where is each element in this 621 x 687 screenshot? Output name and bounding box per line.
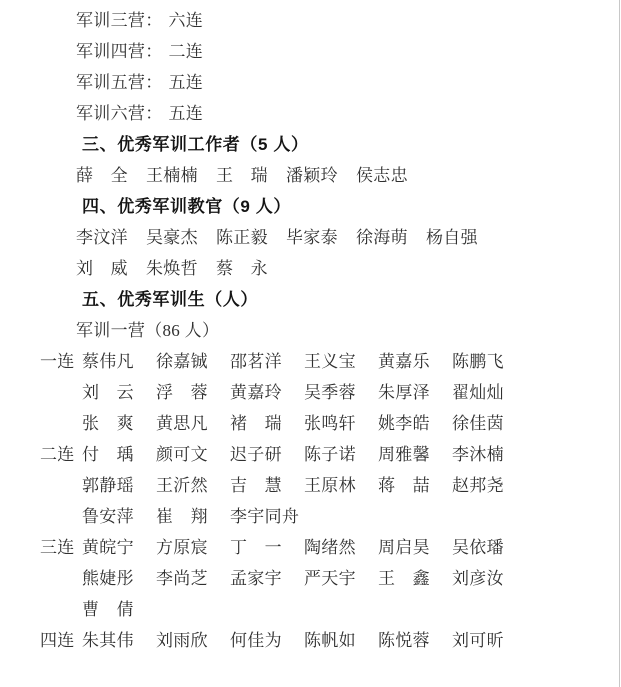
person-name: 浮 蓉 [156,378,230,403]
person-name: 张 爽 [82,409,156,434]
person-name: 蔡 永 [216,254,268,279]
battalion-result-line: 军训三营：六连 [0,3,621,34]
person-name: 吴季蓉 [304,378,378,403]
person-name: 朱厚泽 [378,378,452,403]
person-name: 黄嘉玲 [230,378,304,403]
battalion-company: 五连 [169,68,204,93]
battalion-label: 军训三营： [76,6,163,31]
company-label: 三连 [40,533,82,558]
person-name: 陈鹏飞 [452,347,504,372]
workers-names-row: 薛 全王楠楠王 瑞潘颖玲侯志忠 [0,158,621,189]
roster-row: 三连 黄皖宁方原宸丁 一陶绪然周启昊吴依璠 [0,530,621,561]
person-name: 鲁安萍 [82,502,156,527]
person-name: 迟子研 [230,440,304,465]
person-name: 毕家泰 [286,223,356,248]
battalion-label: 军训五营： [76,68,163,93]
person-name: 陈正毅 [216,223,286,248]
person-name: 徐佳茵 [452,409,504,434]
person-name: 侯志忠 [356,161,408,186]
names-group: 蔡伟凡徐嘉铖邵茗洋王义宝黄嘉乐陈鹏飞 [82,347,504,372]
roster-row: 鲁安萍崔 翔李宇同舟 [0,499,621,530]
person-name: 潘颖玲 [286,161,356,186]
person-name: 王 瑞 [216,161,286,186]
person-name: 陈子诺 [304,440,378,465]
person-name: 王沂然 [156,471,230,496]
person-name: 黄嘉乐 [378,347,452,372]
person-name: 徐嘉铖 [156,347,230,372]
names-group: 曹 倩 [82,595,134,620]
person-name: 陶绪然 [304,533,378,558]
person-name: 周启昊 [378,533,452,558]
person-name: 蒋 喆 [378,471,452,496]
person-name: 姚李皓 [378,409,452,434]
names-group: 鲁安萍崔 翔李宇同舟 [82,502,299,527]
person-name: 翟灿灿 [452,378,504,403]
person-name: 吉 慧 [230,471,304,496]
roster-row: 刘 云浮 蓉黄嘉玲吴季蓉朱厚泽翟灿灿 [0,375,621,406]
person-name: 熊婕彤 [82,564,156,589]
roster-row: 张 爽黄思凡褚 瑞张鸣轩姚李皓徐佳茵 [0,406,621,437]
person-name: 周雅馨 [378,440,452,465]
person-name: 王义宝 [304,347,378,372]
person-name: 方原宸 [156,533,230,558]
person-name: 曹 倩 [82,595,134,620]
roster-row: 四连 朱其伟刘雨欣何佳为陈帆如陈悦蓉刘可昕 [0,623,621,654]
person-name: 郭静瑶 [82,471,156,496]
person-name: 刘 云 [82,378,156,403]
person-name: 杨自强 [426,223,478,248]
roster-row: 曹 倩 [0,592,621,623]
person-name: 赵邦尧 [452,471,504,496]
battalion-company: 二连 [169,37,204,62]
person-name: 刘彦汝 [452,564,504,589]
roster-row: 一连 蔡伟凡徐嘉铖邵茗洋王义宝黄嘉乐陈鹏飞 [0,344,621,375]
person-name: 崔 翔 [156,502,230,527]
battalion-company: 六连 [169,6,204,31]
person-name: 陈悦蓉 [378,626,452,651]
company-label: 二连 [40,440,82,465]
names-group: 熊婕彤李尚芝孟家宇严天宇王 鑫刘彦汝 [82,564,504,589]
person-name: 吴依璠 [452,533,504,558]
person-name: 吴豪杰 [146,223,216,248]
roster-row: 二连 付 瑀颜可文迟子研陈子诺周雅馨李沐楠 [0,437,621,468]
document-page: 军训三营：六连 军训四营：二连 军训五营：五连 军训六营：五连 三、优秀军训工作… [0,0,621,687]
person-name: 王 鑫 [378,564,452,589]
person-name: 邵茗洋 [230,347,304,372]
names-group: 张 爽黄思凡褚 瑞张鸣轩姚李皓徐佳茵 [82,409,504,434]
battalion-label: 军训六营： [76,99,163,124]
person-name: 刘 威 [76,254,146,279]
names-group: 朱其伟刘雨欣何佳为陈帆如陈悦蓉刘可昕 [82,626,504,651]
person-name: 薛 全 [76,161,146,186]
person-name: 颜可文 [156,440,230,465]
person-name: 朱焕哲 [146,254,216,279]
person-name: 孟家宇 [230,564,304,589]
person-name: 严天宇 [304,564,378,589]
person-name: 李汶洋 [76,223,146,248]
instructors-names-row: 李汶洋吴豪杰陈正毅毕家泰徐海萌杨自强 [0,220,621,251]
person-name: 徐海萌 [356,223,426,248]
names-group: 郭静瑶王沂然吉 慧王原林蒋 喆赵邦尧 [82,471,504,496]
person-name: 张鸣轩 [304,409,378,434]
names-group: 刘 云浮 蓉黄嘉玲吴季蓉朱厚泽翟灿灿 [82,378,504,403]
battalion-subheading: 军训一营（86 人） [0,313,621,344]
battalion-result-line: 军训六营：五连 [0,96,621,127]
person-name: 付 瑀 [82,440,156,465]
person-name: 陈帆如 [304,626,378,651]
battalion-company: 五连 [169,99,204,124]
person-name: 李宇同舟 [230,502,299,527]
instructors-names-row: 刘 威朱焕哲蔡 永 [0,251,621,282]
person-name: 王原林 [304,471,378,496]
person-name: 蔡伟凡 [82,347,156,372]
section-heading-trainees: 五、优秀军训生（人） [0,282,621,313]
person-name: 王楠楠 [146,161,216,186]
roster-row: 熊婕彤李尚芝孟家宇严天宇王 鑫刘彦汝 [0,561,621,592]
page-edge-line [619,0,620,687]
battalion-result-line: 军训四营：二连 [0,34,621,65]
person-name: 何佳为 [230,626,304,651]
person-name: 刘可昕 [452,626,504,651]
names-group: 付 瑀颜可文迟子研陈子诺周雅馨李沐楠 [82,440,504,465]
roster-row: 郭静瑶王沂然吉 慧王原林蒋 喆赵邦尧 [0,468,621,499]
battalion-label: 军训四营： [76,37,163,62]
battalion-result-line: 军训五营：五连 [0,65,621,96]
person-name: 黄思凡 [156,409,230,434]
section-heading-instructors: 四、优秀军训教官（9 人） [0,189,621,220]
person-name: 朱其伟 [82,626,156,651]
person-name: 李沐楠 [452,440,504,465]
person-name: 褚 瑞 [230,409,304,434]
company-label: 一连 [40,347,82,372]
person-name: 黄皖宁 [82,533,156,558]
person-name: 李尚芝 [156,564,230,589]
person-name: 丁 一 [230,533,304,558]
names-group: 黄皖宁方原宸丁 一陶绪然周启昊吴依璠 [82,533,504,558]
person-name: 刘雨欣 [156,626,230,651]
company-label: 四连 [40,626,82,651]
section-heading-workers: 三、优秀军训工作者（5 人） [0,127,621,158]
